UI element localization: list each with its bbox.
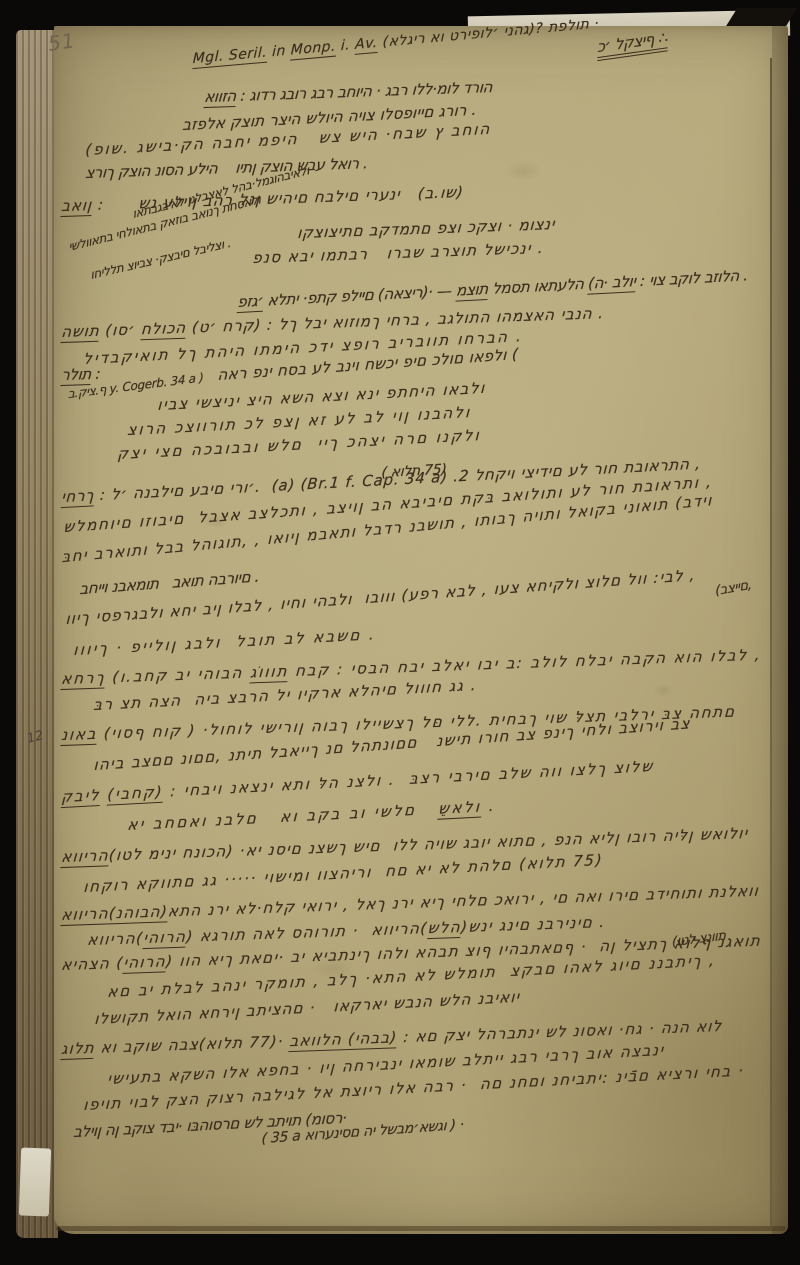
paragraph-line: רלות : (61, 367, 101, 383)
paragraph-line: באון : שנ עליון בהר לנן שיהים חבלים ירענ… (61, 185, 465, 214)
header-name-mark: כ׳ לקציף ∴ (597, 30, 668, 55)
underlined-word: אחרך (60, 668, 106, 690)
underlined-word: יהורה (123, 952, 167, 974)
text-segment: (a) (Br.1 f. Cap. 34 a) (271, 468, 448, 495)
underlined-word: פזג׳ (237, 292, 264, 313)
underlined-word: מצות (455, 280, 488, 302)
text-segment: וקצוציתם בקדמתם פצו כקצו · מוצני (297, 215, 556, 242)
manuscript-line: וקצוציתם בקדמתם פצו כקצו · מוצני (297, 217, 556, 241)
underlined-word: Av. (355, 35, 378, 55)
text-segment: (ו.בחק בי יהובה (105, 663, 251, 686)
text-segment: in (267, 42, 291, 60)
manuscript-line: צרוך קצוה נוסה עליה ויתן קצוה שבע לאור . (85, 156, 369, 181)
text-segment: )שני גנים נברינים . (460, 913, 606, 936)
text-segment: איהצה ( (61, 954, 125, 974)
underlined-word: השות (60, 322, 100, 343)
text-segment: אלתי ·פתק פליים (האציר)· — (263, 282, 457, 310)
text-segment: ) אגרות האל סהורות · אווירה( (186, 919, 429, 945)
text-segment: (בציים, (715, 578, 752, 599)
underlined-word: כ׳ לקציף ∴ (597, 28, 668, 61)
text-segment: ווויך · פיילון גבלו לבות בל אבשם . (73, 625, 377, 659)
text-segment: (וטל מיני חנוכה) ·אי נסים נצשך שים ולל ה… (108, 824, 749, 864)
underlined-word: גולת (60, 1039, 95, 1060)
text-segment: : אם קצי להרבתני של נוסאו ·חג · הנה אול (397, 1017, 724, 1046)
manuscript-line: בחייו נבאמות באות הברוים . (79, 569, 259, 597)
manuscript-line: אי בחםאו נבלם או בקב בו ישלם שֵאלו . (127, 799, 497, 833)
text-segment: למסת ואתעלה (487, 275, 589, 298)
underlined-word: אווירה(נהובה) (60, 902, 168, 926)
underlined-word: (ה· בלוי (587, 272, 636, 295)
book-scan: 51 12 Mgl. Seril. in Monp. i. Av. (אלגיר… (0, 0, 800, 1265)
text-segment: צרוך קצוה נוסה עליה ויתן קצוה שבע לאור . (85, 154, 369, 182)
text-segment: : ל׳ הנבלים עבים ירו׳. (94, 477, 273, 504)
paragraph-line: פזג׳ אלתי ·פתק פליים (האציר)· — מצות למס… (237, 268, 749, 310)
manuscript-line: ווויך · פיילון גבלו לבות בל אבשם . (73, 627, 377, 658)
text-segment: 35 a (270, 1128, 300, 1146)
margin-note: (בציים, (715, 579, 752, 598)
underlined-word: רלות (60, 365, 91, 386)
header-line: Mgl. Seril. in Monp. i. Av. (אלגיר או טר… (193, 16, 600, 66)
text-segment: : יוצ בקול בזולה . (635, 266, 749, 290)
underlined-word: נואב (60, 725, 98, 746)
text-segment: חבק : יסבה חבי בלאי ובי ב: בלול חלבי הבק… (288, 646, 763, 681)
text-segment: : (90, 365, 101, 383)
underlined-word: (יבחק) (107, 783, 165, 806)
underlined-word: Mgl. Seril. (192, 44, 267, 69)
text-segment: פנס אבי ומתבר ורבש ברצות לשיכני . (252, 239, 545, 267)
text-segment: אווירה( (87, 929, 145, 949)
underlined-word: אווירה (60, 846, 109, 868)
text-segment: (וס׳ (99, 320, 142, 340)
underlined-word: שלה (427, 918, 462, 939)
underlined-word: באוולה (יהבב) (289, 1028, 398, 1052)
underlined-word: Monp. (290, 38, 336, 60)
underlined-word: קביל (61, 786, 102, 808)
underlined-word: אווזה (203, 87, 236, 108)
text-segment: או בקוש הבצ(אולת 77)· (94, 1032, 290, 1057)
text-segment: . (481, 797, 497, 816)
text-segment: בחייו נבאמות באות הברוים . (79, 567, 260, 598)
manuscript-text: Mgl. Seril. in Monp. i. Av. (אלגיר או טר… (0, 0, 800, 1265)
underlined-word: יהורה (143, 928, 188, 950)
text-segment: אתה נרי אל·חלק יאורי , לאך נרי איך יחלם … (167, 882, 760, 921)
underlined-word: יחרך (61, 486, 95, 508)
text-segment: אי בחםאו נבלם או בקב בו ישלם (127, 800, 439, 834)
underlined-word: שֵאלו (438, 797, 483, 819)
text-segment: (אלגיר או טריפול׳ ינהג)? תפלות · (377, 15, 599, 50)
text-segment: y. Cogerb. 34 a ) (110, 370, 204, 396)
text-segment: i. (336, 37, 356, 55)
manuscript-line: פנס אבי ומתבר ורבש ברצות לשיכני . (252, 241, 545, 266)
underlined-word: חלוכה (140, 319, 187, 341)
underlined-word: באון (60, 196, 93, 217)
paragraph-line: השות (וס׳ חלוכה (ט׳ חרק) : לך לבי אוזומך… (61, 306, 605, 340)
underlined-word: גוֹוות (249, 662, 289, 683)
